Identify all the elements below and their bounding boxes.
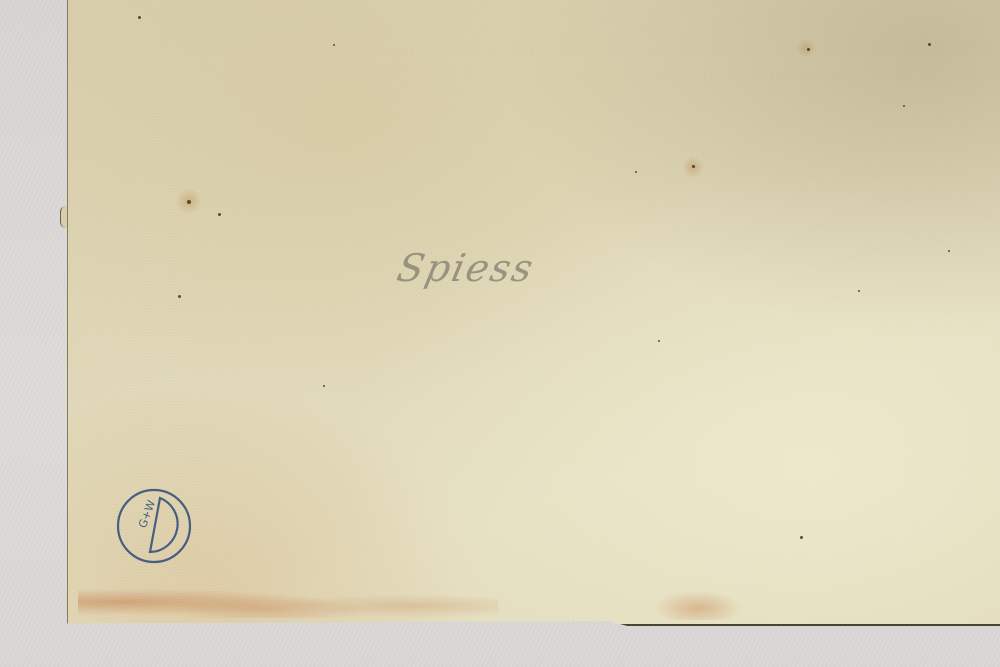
foxing-spot — [692, 165, 695, 168]
foxing-spot — [138, 16, 141, 19]
water-stain-bottom-right — [628, 580, 768, 620]
foxing-spot — [807, 48, 810, 51]
foxing-spot — [903, 105, 905, 107]
foxing-spot — [858, 290, 860, 292]
foxing-spot — [658, 340, 660, 342]
water-stain-bottom-left — [78, 578, 498, 618]
foxing-stain — [796, 38, 816, 58]
foxing-spot — [948, 250, 950, 252]
foxing-spot — [800, 536, 803, 539]
photo-scene: Spiess G+W — [0, 0, 1000, 667]
foxing-spot — [218, 213, 221, 216]
foxing-spot — [635, 171, 637, 173]
foxing-spot — [178, 295, 181, 298]
collector-stamp-icon: G+W — [116, 488, 192, 564]
foxing-spot — [928, 43, 931, 46]
foxing-spot — [333, 44, 335, 46]
paper-grain-texture — [68, 0, 1000, 624]
pencil-inscription: Spiess — [393, 246, 538, 290]
foxing-spot — [323, 385, 325, 387]
foxing-spot — [187, 200, 191, 204]
aged-paper-sheet — [67, 0, 1000, 626]
